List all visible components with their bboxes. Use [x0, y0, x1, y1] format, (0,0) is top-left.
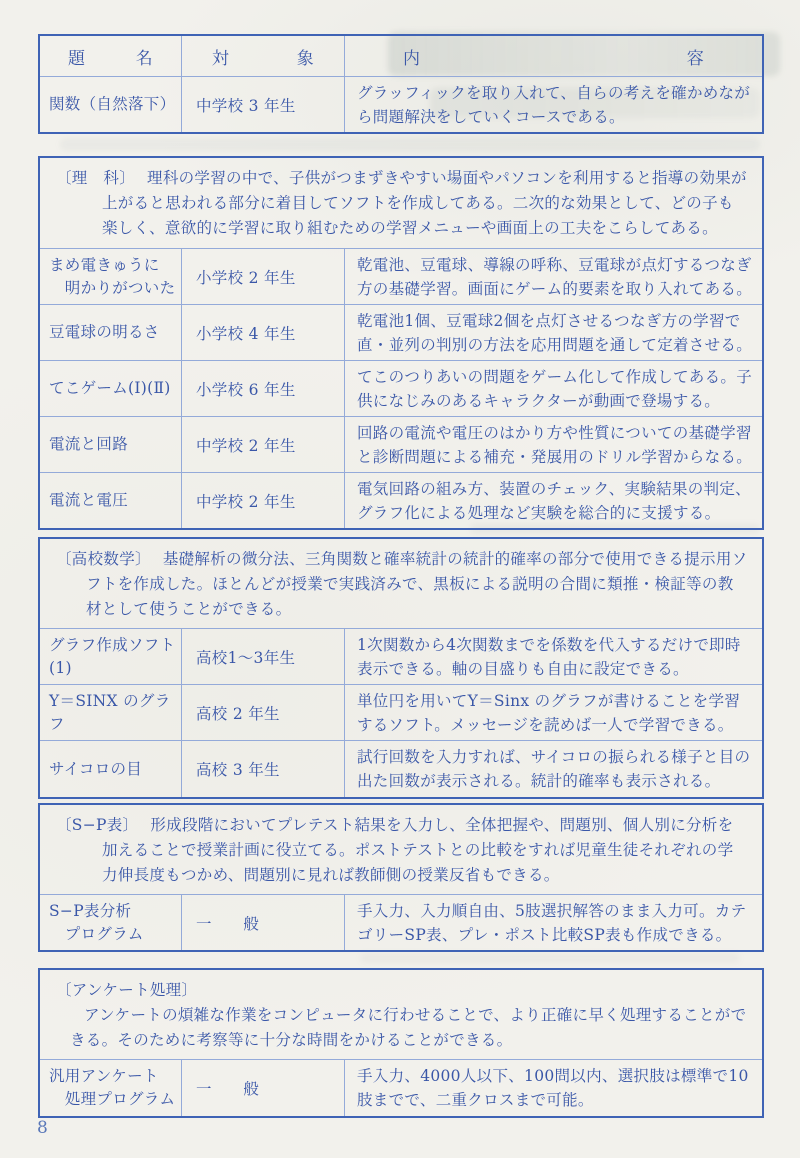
target-grade-cell: 高校1～3年生: [182, 629, 345, 684]
table-row: サイコロの目 高校 3 年生 試行回数を入力すれば、サイコロの振られる様子と目の…: [40, 740, 762, 797]
software-title-cell: まめ電きゅうに 明かりがついた: [40, 249, 182, 304]
section-label: 〔高校数学〕: [56, 550, 151, 568]
table-row: まめ電きゅうに 明かりがついた 小学校 2 年生 乾電池、豆電球、導線の呼称、豆…: [40, 248, 762, 304]
header-cell-title: 題 名: [40, 36, 182, 76]
hs-math-section-table: 〔高校数学〕基礎解析の微分法、三角関数と確率統計の統計的確率の部分で使用できる提…: [38, 537, 764, 799]
target-grade-cell: 小学校 4 年生: [182, 305, 345, 360]
software-title-cell: サイコロの目: [40, 741, 182, 797]
table-row: グラフ作成ソフト (1) 高校1～3年生 1次関数から4次関数までを係数を代入す…: [40, 628, 762, 684]
header-target-char-left: 対: [212, 44, 229, 69]
section-label: 〔S−P表〕: [56, 816, 138, 834]
description-cell: 乾電池、豆電球、導線の呼称、豆電球が点灯するつなぎ方の基礎学習。画面にゲーム的要…: [345, 249, 762, 304]
sp-chart-section-intro: 〔S−P表〕形成段階においてプレテスト結果を入力し、全体把握や、問題別、個人別に…: [40, 805, 762, 894]
header-cell-content: 内 容: [345, 36, 762, 76]
description-cell: 手入力、4000人以下、100問以内、選択肢は標準で10肢までで、二重クロスまで…: [345, 1060, 762, 1116]
bleed-through-artifact: [60, 138, 760, 151]
section-intro-text: 理科の学習の中で、子供がつまずきやすい場面やパソコンを利用すると指導の効果が上が…: [102, 169, 747, 237]
scanned-document-page: { "colors": { "ink": "#3a57a8", "table_b…: [0, 0, 800, 1158]
table-row: 汎用アンケート 処理プログラム 一 般 手入力、4000人以下、100問以内、選…: [40, 1059, 762, 1116]
science-section-intro: 〔理 科〕理科の学習の中で、子供がつまずきやすい場面やパソコンを利用すると指導の…: [40, 158, 762, 248]
software-title-cell: 関数（自然落下）: [40, 77, 182, 132]
target-grade-cell: 中学校 2 年生: [182, 473, 345, 528]
description-cell: てこのつりあいの問題をゲーム化して作成してある。子供になじみのあるキャラクターが…: [345, 361, 762, 416]
header-target-char-right: 象: [297, 44, 314, 69]
table-header-row: 題 名 対 象 内 容: [40, 36, 762, 76]
page-number: 8: [37, 1118, 48, 1138]
target-grade-cell: 小学校 6 年生: [182, 361, 345, 416]
table-row: Y＝SINX のグラフ 高校 2 年生 単位円を用いてY＝Sinx のグラフが書…: [40, 684, 762, 740]
section-intro-paragraph: アンケートの煩雑な作業をコンピュータに行わせることで、より正確に早く処理すること…: [56, 1003, 748, 1053]
table-row: 関数（自然落下） 中学校 3 年生 グラッフィックを取り入れて、自らの考えを確か…: [40, 76, 762, 132]
table-row: 電流と回路 中学校 2 年生 回路の電流や電圧のはかり方や性質についての基礎学習…: [40, 416, 762, 472]
software-title-cell: てこゲーム(Ⅰ)(Ⅱ): [40, 361, 182, 416]
description-cell: 1次関数から4次関数までを係数を代入するだけで即時表示できる。軸の目盛りも自由に…: [345, 629, 762, 684]
science-section-table: 〔理 科〕理科の学習の中で、子供がつまずきやすい場面やパソコンを利用すると指導の…: [38, 156, 764, 530]
description-cell: 電気回路の組み方、装置のチェック、実験結果の判定、グラフ化による処理など実験を総…: [345, 473, 762, 528]
header-content-char-right: 容: [687, 44, 704, 69]
description-cell: 回路の電流や電圧のはかり方や性質についての基礎学習と診断問題による補充・発展用の…: [345, 417, 762, 472]
survey-section-intro: 〔アンケート処理〕 アンケートの煩雑な作業をコンピュータに行わせることで、より正…: [40, 970, 762, 1059]
target-grade-cell: 一 般: [182, 895, 345, 950]
software-title-cell: S−P表分析 プログラム: [40, 895, 182, 950]
description-cell: 乾電池1個、豆電球2個を点灯させるつなぎ方の学習で直・並列の判別の方法を応用問題…: [345, 305, 762, 360]
table-row: てこゲーム(Ⅰ)(Ⅱ) 小学校 6 年生 てこのつりあいの問題をゲーム化して作成…: [40, 360, 762, 416]
software-title-cell: 汎用アンケート 処理プログラム: [40, 1060, 182, 1116]
description-cell: グラッフィックを取り入れて、自らの考えを確かめながら問題解決をしていくコースであ…: [345, 77, 762, 132]
target-grade-cell: 小学校 2 年生: [182, 249, 345, 304]
bleed-through-artifact: [360, 953, 740, 963]
header-title-char-left: 題: [68, 44, 85, 69]
software-title-cell: 電流と電圧: [40, 473, 182, 528]
survey-section-table: 〔アンケート処理〕 アンケートの煩雑な作業をコンピュータに行わせることで、より正…: [38, 968, 764, 1118]
header-content-char-left: 内: [403, 44, 420, 69]
target-grade-cell: 一 般: [182, 1060, 345, 1116]
header-cell-target: 対 象: [182, 36, 345, 76]
software-title-cell: 電流と回路: [40, 417, 182, 472]
description-cell: 手入力、入力順自由、5肢選択解答のまま入力可。カテゴリーSP表、プレ・ポスト比較…: [345, 895, 762, 950]
section-intro-paragraph: 〔S−P表〕形成段階においてプレテスト結果を入力し、全体把握や、問題別、個人別に…: [56, 813, 748, 888]
header-title-char-right: 名: [136, 44, 153, 69]
section-intro-text: 基礎解析の微分法、三角関数と確率統計の統計的確率の部分で使用できる提示用ソフトを…: [86, 550, 747, 618]
software-title-cell: グラフ作成ソフト (1): [40, 629, 182, 684]
section-intro-paragraph: 〔高校数学〕基礎解析の微分法、三角関数と確率統計の統計的確率の部分で使用できる提…: [56, 547, 748, 622]
hs-math-section-intro: 〔高校数学〕基礎解析の微分法、三角関数と確率統計の統計的確率の部分で使用できる提…: [40, 539, 762, 628]
section-label: 〔理 科〕: [56, 169, 135, 187]
table-row: S−P表分析 プログラム 一 般 手入力、入力順自由、5肢選択解答のまま入力可。…: [40, 894, 762, 950]
table-row: 豆電球の明るさ 小学校 4 年生 乾電池1個、豆電球2個を点灯させるつなぎ方の学…: [40, 304, 762, 360]
section-intro-text: 形成段階においてプレテスト結果を入力し、全体把握や、問題別、個人別に分析を加える…: [102, 816, 733, 884]
software-title-cell: 豆電球の明るさ: [40, 305, 182, 360]
target-grade-cell: 中学校 2 年生: [182, 417, 345, 472]
table-row: 電流と電圧 中学校 2 年生 電気回路の組み方、装置のチェック、実験結果の判定、…: [40, 472, 762, 528]
section-intro-paragraph: 〔理 科〕理科の学習の中で、子供がつまずきやすい場面やパソコンを利用すると指導の…: [56, 166, 748, 241]
sp-chart-section-table: 〔S−P表〕形成段階においてプレテスト結果を入力し、全体把握や、問題別、個人別に…: [38, 803, 764, 952]
catalog-table: 題 名 対 象 内 容 関数（自然落下） 中学校 3 年生 グラッフィックを取り…: [38, 34, 764, 134]
software-title-cell: Y＝SINX のグラフ: [40, 685, 182, 740]
description-cell: 試行回数を入力すれば、サイコロの振られる様子と目の出た回数が表示される。統計的確…: [345, 741, 762, 797]
target-grade-cell: 中学校 3 年生: [182, 77, 345, 132]
target-grade-cell: 高校 2 年生: [182, 685, 345, 740]
section-label: 〔アンケート処理〕: [56, 978, 748, 1003]
description-cell: 単位円を用いてY＝Sinx のグラフが書けることを学習するソフト。メッセージを読…: [345, 685, 762, 740]
target-grade-cell: 高校 3 年生: [182, 741, 345, 797]
